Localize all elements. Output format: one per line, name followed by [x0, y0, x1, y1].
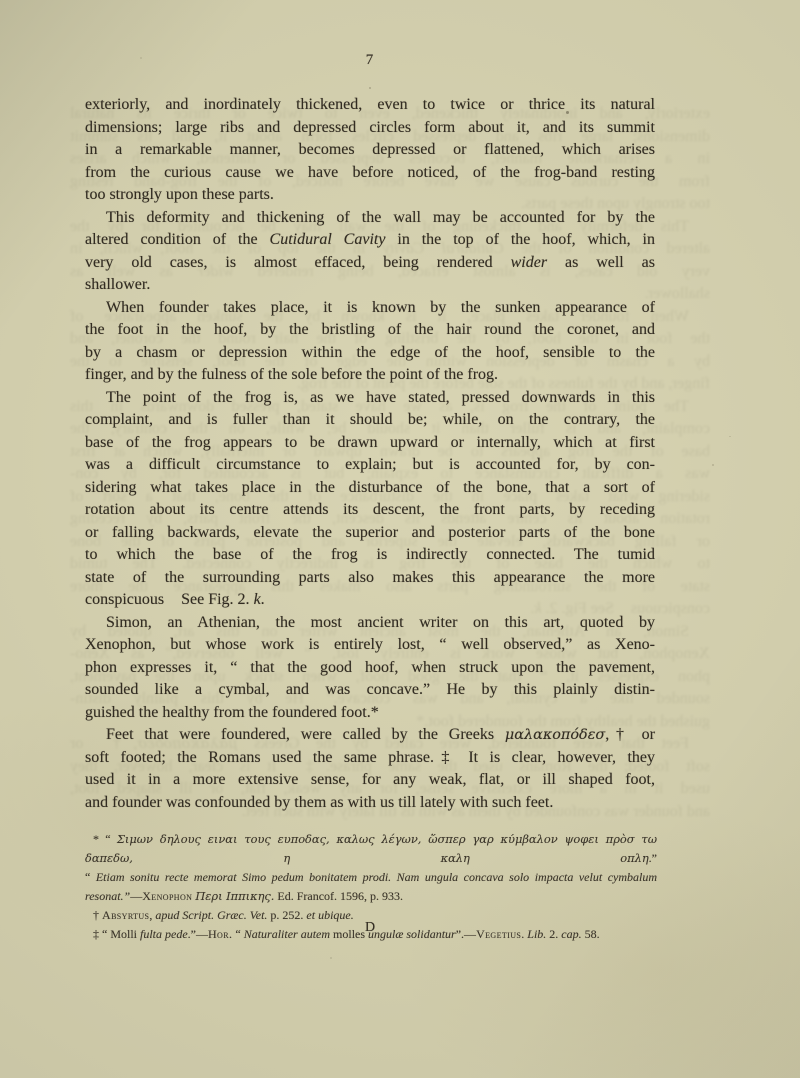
text-run: Xenophon, but whose work is entirely los…: [85, 636, 655, 653]
footnote-line: * “ Σιμων δηλους ειναι τους ευποδας, καλ…: [85, 830, 657, 868]
text-run: and founder was confounded by them as wi…: [85, 794, 553, 811]
text-line: Feet that were foundered, were called by…: [85, 724, 655, 747]
text-line: by a chasm or depression within the edge…: [85, 342, 655, 365]
text-run: The point of the frog is, as we have sta…: [106, 389, 655, 406]
text-run: from the curious cause we have before no…: [85, 164, 655, 181]
paper-speck: [712, 464, 714, 466]
text-line: very old cases, is almost effaced, being…: [85, 252, 655, 275]
text-run: shallower.: [85, 276, 150, 293]
text-line: soft footed; the Romans used the same ph…: [85, 747, 655, 770]
text-run: or falling backwards, elevate the superi…: [85, 524, 655, 541]
text-run: finger, and by the fulness of the sole b…: [85, 366, 498, 383]
text-line: from the curious cause we have before no…: [85, 162, 655, 185]
text-line: base of the frog appears to be drawn upw…: [85, 432, 655, 455]
text-run: was a difficult circumstance to explain;…: [85, 456, 655, 473]
footnote-line: resonat.”—Xenophon Περι Ιππικης. Ed. Fra…: [85, 887, 657, 906]
text-run: This deformity and thickening of the wal…: [106, 209, 655, 226]
text-run: soft footed; the Romans used the same ph…: [85, 749, 655, 766]
text-run: —: [130, 889, 142, 903]
text-line: dimensions; large ribs and depressed cir…: [85, 117, 655, 140]
page-number: 7: [85, 52, 655, 72]
text-run: Xenophon: [142, 889, 192, 903]
text-run: “: [85, 870, 96, 884]
text-run: used it in a more extensive sense, for a…: [85, 771, 655, 788]
text-run: .: [261, 591, 265, 608]
text-line: The point of the frog is, as we have sta…: [85, 387, 655, 410]
text-run: Ed. Francof. 1596, p. 933.: [274, 889, 403, 903]
text-line: phon expresses it, “ that the good hoof,…: [85, 657, 655, 680]
text-line: to which the base of the frog is indirec…: [85, 544, 655, 567]
text-line: When founder takes place, it is known by…: [85, 297, 655, 320]
signature-mark: D: [85, 920, 655, 936]
text-run: rotation about its centre attends its de…: [85, 501, 655, 518]
text-line: Simon, an Athenian, the most ancient wri…: [85, 612, 655, 635]
paper-speck: [729, 436, 731, 437]
text-line: guished the healthy from the foundered f…: [85, 702, 655, 725]
text-run: to which the base of the frog is indirec…: [85, 546, 655, 563]
text-line: used it in a more extensive sense, for a…: [85, 769, 655, 792]
text-line: rotation about its centre attends its de…: [85, 499, 655, 522]
text-line: too strongly upon these parts.: [85, 184, 655, 207]
text-line: This deformity and thickening of the wal…: [85, 207, 655, 230]
text-run: exteriorly, and inordinately thickened, …: [85, 96, 655, 113]
text-run: by a chasm or depression within the edge…: [85, 344, 655, 361]
text-line: state of the surrounding parts also make…: [85, 567, 655, 590]
text-run: guished the healthy from the foundered f…: [85, 704, 379, 721]
text-run: .”: [649, 851, 657, 865]
text-run: the foot in the hoof, by the bristling o…: [85, 321, 655, 338]
text-run: See Fig. 2.: [181, 591, 253, 608]
text-line: Xenophon, but whose work is entirely los…: [85, 634, 655, 657]
text-run: complaint, and is fuller than it should …: [85, 411, 655, 428]
text-run: wider: [511, 254, 547, 271]
text-run: altered condition of the: [85, 231, 270, 248]
text-line: in a remarkable manner, becomes depresse…: [85, 139, 655, 162]
text-line: sounded like a cymbal, and was concave.”…: [85, 679, 655, 702]
text-run: in the top of the hoof, which, in: [385, 231, 655, 248]
text-line: altered condition of the Cutidural Cavit…: [85, 229, 655, 252]
text-line: the foot in the hoof, by the bristling o…: [85, 319, 655, 342]
text-run: in a remarkable manner, becomes depresse…: [85, 141, 655, 158]
text-run: state of the surrounding parts also make…: [85, 569, 655, 586]
text-run: conspicuous: [85, 591, 164, 608]
text-run: When founder takes place, it is known by…: [106, 299, 655, 316]
text-run: Cutidural Cavity: [270, 231, 386, 248]
text-line: conspicuousSee Fig. 2. k.: [85, 589, 655, 612]
text-run: sounded like a cymbal, and was concave.”…: [85, 681, 655, 698]
text-run: resonat.”: [85, 889, 130, 903]
text-line: and founder was confounded by them as wi…: [85, 792, 655, 815]
greek-text: Περι Ιππικης.: [195, 889, 274, 903]
text-run: too strongly upon these parts.: [85, 186, 274, 203]
scanned-book-page: 7 exteriorly, and inordinately thickened…: [0, 0, 800, 1078]
text-line: sidering what takes place in the disturb…: [85, 477, 655, 500]
text-run: Etiam sonitu recte memorat Simo pedum bo…: [96, 870, 657, 884]
greek-text: Σιμων δηλους ειναι τους ευποδας, καλως λ…: [85, 832, 657, 865]
text-run: very old cases, is almost effaced, being…: [85, 254, 511, 271]
text-line: finger, and by the fulness of the sole b…: [85, 364, 655, 387]
text-line: or falling backwards, elevate the superi…: [85, 522, 655, 545]
paper-speck: [330, 957, 332, 959]
text-line: was a difficult circumstance to explain;…: [85, 454, 655, 477]
paper-speck: [369, 87, 371, 89]
text-run: dimensions; large ribs and depressed cir…: [85, 119, 655, 136]
text-run: Simon, an Athenian, the most ancient wri…: [106, 614, 655, 631]
text-run: ,† or: [605, 726, 655, 743]
text-line: complaint, and is fuller than it should …: [85, 409, 655, 432]
text-run: base of the frog appears to be drawn upw…: [85, 434, 655, 451]
text-run: k: [254, 591, 261, 608]
text-line: exteriorly, and inordinately thickened, …: [85, 94, 655, 117]
footnote-line: “ Etiam sonitu recte memorat Simo pedum …: [85, 868, 657, 887]
body-text: exteriorly, and inordinately thickened, …: [85, 94, 655, 814]
text-run: phon expresses it, “ that the good hoof,…: [85, 659, 655, 676]
greek-text: μαλακοπόδεσ: [505, 727, 605, 743]
text-run: * “: [93, 832, 117, 846]
text-run: as well as: [547, 254, 655, 271]
text-run: Feet that were foundered, were called by…: [106, 726, 505, 743]
text-line: shallower.: [85, 274, 655, 297]
text-run: sidering what takes place in the disturb…: [85, 479, 655, 496]
